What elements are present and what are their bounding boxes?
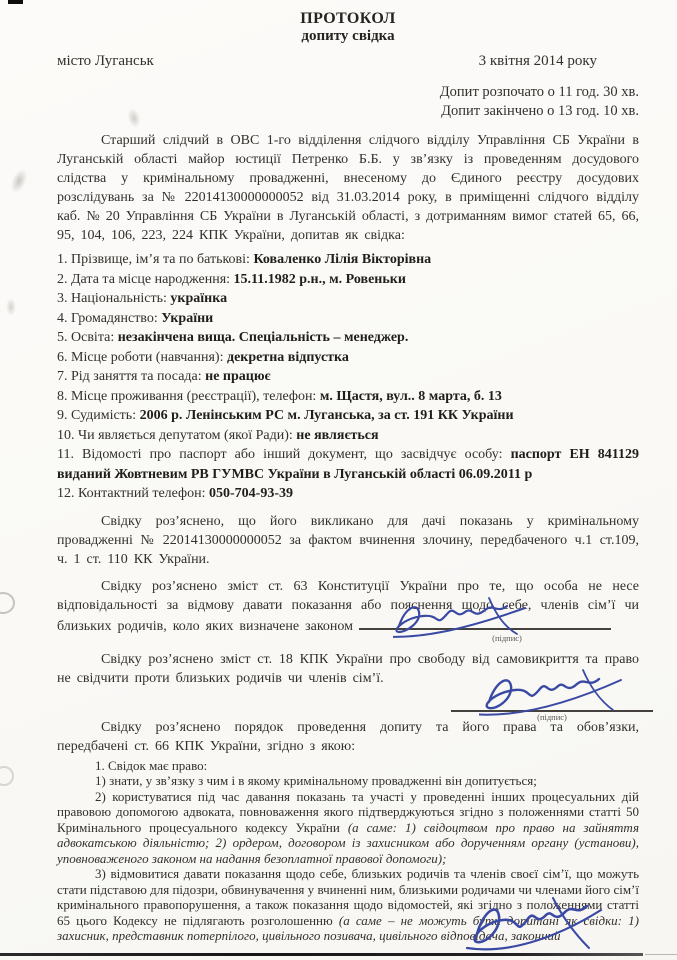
field-value: українка <box>170 291 227 306</box>
document-content: ПРОТОКОЛ допиту свідка місто Луганськ 3 … <box>0 0 677 944</box>
time-started: Допит розпочато о 11 год. 30 хв. <box>57 83 639 102</box>
field-label: 7. Рід заняття та посада: <box>57 369 205 384</box>
scanned-protocol-page: ПРОТОКОЛ допиту свідка місто Луганськ 3 … <box>0 0 677 960</box>
witness-field-row: 9. Судимість: 2006 р. Ленінським РС м. Л… <box>57 406 639 426</box>
field-value: 2006 р. Ленінським РС м. Луганська, за с… <box>140 408 514 423</box>
witness-field-row: 5. Освіта: незакінчена вища. Спеціальніс… <box>57 328 639 348</box>
intro-paragraph: Старший слідчий в ОВС 1-го відділення сл… <box>57 131 639 245</box>
rights-heading: 1. Свідок має право: <box>57 758 639 774</box>
field-label: 11. Відомості про паспорт або інший доку… <box>57 447 511 462</box>
witness-field-row: 6. Місце роботи (навчання): декретна від… <box>57 348 639 368</box>
signature-block-2: (підпис) <box>451 690 653 712</box>
field-value: не являється <box>296 428 378 443</box>
signature-line-1: (підпис) <box>359 615 611 630</box>
time-ended: Допит закінчено о 13 год. 10 хв. <box>57 102 639 121</box>
field-label: 5. Освіта: <box>57 330 118 345</box>
article66-paragraph: Свідку роз’яснено порядок проведення доп… <box>57 718 639 756</box>
witness-field-row: 4. Громадянство: України <box>57 309 639 329</box>
witness-field-row: 10. Чи являється депутатом (якої Ради): … <box>57 426 639 446</box>
field-label: 6. Місце роботи (навчання): <box>57 350 227 365</box>
field-label: 12. Контактний телефон: <box>57 486 209 501</box>
witness-field-row: 1. Прізвище, ім’я та по батькові: Ковале… <box>57 250 639 270</box>
witness-right-2: 2) користуватися під час давання показан… <box>57 789 639 867</box>
field-value: України <box>161 311 213 326</box>
field-value: 15.11.1982 р.н., м. Ровеньки <box>234 272 406 287</box>
field-value: декретна відпустка <box>227 350 349 365</box>
field-label: 2. Дата та місце народження: <box>57 272 234 287</box>
document-date: 3 квітня 2014 року <box>479 52 597 71</box>
document-title: ПРОТОКОЛ <box>57 10 639 28</box>
witness-right-1: 1) знати, у зв’язку з чим і в якому крим… <box>57 773 639 789</box>
field-label: 4. Громадянство: <box>57 311 161 326</box>
scan-bottom-edge-faint <box>645 954 677 956</box>
signature-caption-2: (підпис) <box>451 712 653 722</box>
field-label: 10. Чи являється депутатом (якої Ради): <box>57 428 296 443</box>
witness-field-row: 7. Рід заняття та посада: не працює <box>57 367 639 387</box>
city-label: місто Луганськ <box>57 52 154 71</box>
field-value: 050-704-93-39 <box>209 486 293 501</box>
witness-field-row: 8. Місце проживання (реєстрації), телефо… <box>57 387 639 407</box>
field-label: 3. Національність: <box>57 291 170 306</box>
witness-signature-icon <box>465 892 605 954</box>
article63-paragraph: Свідку роз’яснено зміст ст. 63 Конституц… <box>57 577 639 636</box>
field-label: 1. Прізвище, ім’я та по батькові: <box>57 252 253 267</box>
field-value: не працює <box>205 369 270 384</box>
scan-corner-mark <box>8 0 23 4</box>
witness-field-row: 2. Дата та місце народження: 15.11.1982 … <box>57 270 639 290</box>
interrogation-times: Допит розпочато о 11 год. 30 хв. Допит з… <box>57 83 639 121</box>
witness-fields-list: 1. Прізвище, ім’я та по батькові: Ковале… <box>57 250 639 504</box>
field-label: 8. Місце проживання (реєстрації), телефо… <box>57 389 320 404</box>
document-subtitle: допиту свідка <box>57 28 639 45</box>
witness-field-row: 12. Контактний телефон: 050-704-93-39 <box>57 484 639 504</box>
field-value: незакінчена вища. Спеціальність – менедж… <box>118 330 409 345</box>
scan-bottom-edge <box>0 953 643 956</box>
summons-paragraph: Свідку роз’яснено, що його викликано для… <box>57 512 639 569</box>
witness-field-row: 11. Відомості про паспорт або інший доку… <box>57 445 639 484</box>
field-label: 9. Судимість: <box>57 408 140 423</box>
witness-field-row: 3. Національність: українка <box>57 289 639 309</box>
article18-paragraph: Свідку роз’яснено зміст ст. 18 КПК Украї… <box>57 650 639 688</box>
city-date-row: місто Луганськ 3 квітня 2014 року <box>57 52 639 71</box>
field-value: м. Щастя, вул.. 8 марта, б. 13 <box>320 389 502 404</box>
field-value: Коваленко Лілія Вікторівна <box>253 252 431 267</box>
signature-caption-1: (підпис) <box>359 629 611 648</box>
